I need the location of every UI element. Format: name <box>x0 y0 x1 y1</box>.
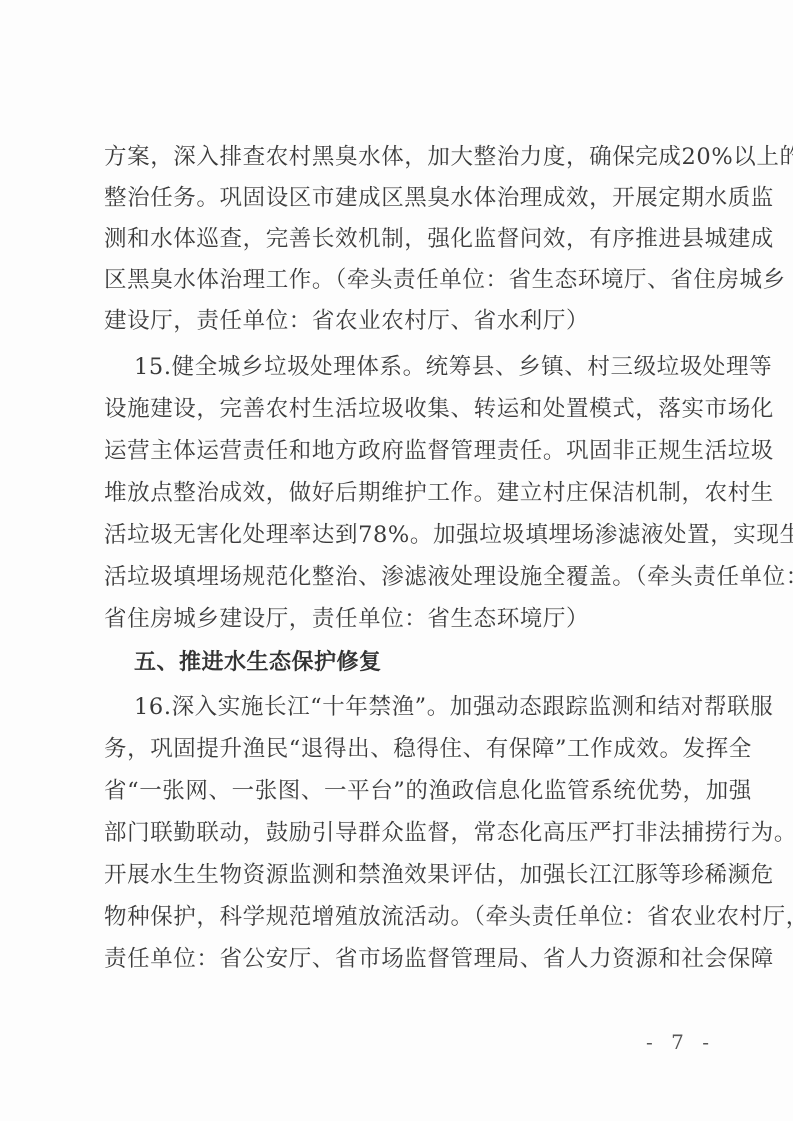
page-number: - 7 - <box>646 1030 715 1054</box>
paragraph-15-line-6: 活垃圾填埋场规范化整治、渗滤液处理设施全覆盖。（牵头责任单位： <box>104 562 704 592</box>
paragraph-14-line-1: 方案，深入排查农村黑臭水体，加大整治力度，确保完成20%以上的 <box>104 142 704 172</box>
paragraph-16-line-5: 开展水生生物资源监测和禁渔效果评估，加强长江江豚等珍稀濒危 <box>104 860 704 890</box>
paragraph-16-line-7: 责任单位：省公安厅、省市场监督管理局、省人力资源和社会保障 <box>104 944 704 974</box>
paragraph-15-line-1: 15.健全城乡垃圾处理体系。统筹县、乡镇、村三级垃圾处理等 <box>134 352 704 382</box>
paragraph-14-line-3: 测和水体巡查，完善长效机制，强化监督问效，有序推进县城建成 <box>104 224 704 254</box>
paragraph-14-line-4: 区黑臭水体治理工作。（牵头责任单位：省生态环境厅、省住房城乡 <box>104 265 704 295</box>
paragraph-16-line-4: 部门联勤联动，鼓励引导群众监督，常态化高压严打非法捕捞行为。 <box>104 818 704 848</box>
paragraph-15-line-4: 堆放点整治成效，做好后期维护工作。建立村庄保洁机制，农村生 <box>104 478 704 508</box>
paragraph-15-line-3: 运营主体运营责任和地方政府监督管理责任。巩固非正规生活垃圾 <box>104 436 704 466</box>
paragraph-14-line-2: 整治任务。巩固设区市建成区黑臭水体治理成效，开展定期水质监 <box>104 183 704 213</box>
paragraph-16-line-3: 省“一张网、一张图、一平台”的渔政信息化监管系统优势，加强 <box>104 776 704 806</box>
paragraph-14-line-5: 建设厅，责任单位：省农业农村厅、省水利厅） <box>104 306 704 336</box>
paragraph-16-line-6: 物种保护，科学规范增殖放流活动。（牵头责任单位：省农业农村厅， <box>104 902 704 932</box>
paragraph-16-line-2: 务，巩固提升渔民“退得出、稳得住、有保障”工作成效。发挥全 <box>104 734 704 764</box>
paragraph-15-line-7: 省住房城乡建设厅，责任单位：省生态环境厅） <box>104 604 704 634</box>
paragraph-15-line-2: 设施建设，完善农村生活垃圾收集、转运和处置模式，落实市场化 <box>104 394 704 424</box>
section-heading: 五、推进水生态保护修复 <box>134 648 382 678</box>
paragraph-16-line-1: 16.深入实施长江“十年禁渔”。加强动态跟踪监测和结对帮联服 <box>134 692 704 722</box>
document-page: 方案，深入排查农村黑臭水体，加大整治力度，确保完成20%以上的 整治任务。巩固设… <box>0 0 793 1121</box>
paragraph-15-line-5: 活垃圾无害化处理率达到78%。加强垃圾填埋场渗滤液处置，实现生 <box>104 520 704 550</box>
